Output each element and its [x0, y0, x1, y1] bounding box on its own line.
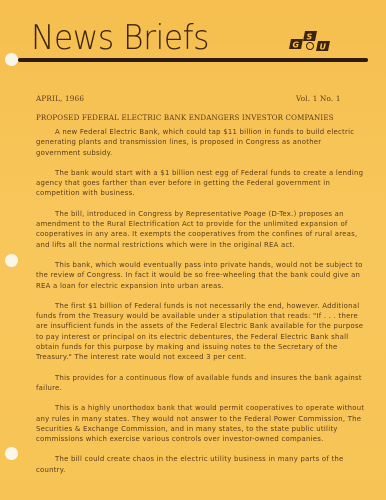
paragraph-4: This bank, which would eventually pass i… [36, 260, 366, 291]
paragraph-7: This is a highly unorthodox bank that wo… [36, 403, 366, 444]
logo-letter-u: U [320, 43, 327, 52]
paragraph-5: The first $1 billion of Federal funds is… [36, 301, 366, 363]
paragraph-6: This provides for a continuous flow of a… [36, 373, 366, 394]
issue-volume: Vol. 1 No. 1 [296, 94, 341, 103]
logo-letter-s: S [307, 33, 313, 42]
paragraph-3: The bill, introduced in Congress by Repr… [36, 209, 366, 250]
punch-hole-bottom [5, 447, 18, 460]
punch-hole-middle [5, 254, 18, 267]
masthead-title: News Briefs [31, 18, 209, 58]
gsu-logo-icon: G S U [288, 29, 332, 55]
article-headline: PROPOSED FEDERAL ELECTRIC BANK ENDANGERS… [36, 113, 366, 122]
logo-letter-g: G [293, 41, 300, 50]
paragraph-8: The bill could create chaos in the elect… [36, 454, 366, 475]
paragraph-1: A new Federal Electric Bank, which could… [36, 127, 366, 158]
paragraph-2: The bank would start with a $1 billion n… [36, 168, 366, 199]
article-body: A new Federal Electric Bank, which could… [36, 127, 366, 485]
issue-date: APRIL, 1966 [36, 94, 84, 103]
newsletter-page: News Briefs G S U APRIL, 1966 Vol. 1 No.… [0, 0, 386, 500]
punch-hole-top [5, 53, 18, 66]
masthead-rule [18, 58, 368, 62]
